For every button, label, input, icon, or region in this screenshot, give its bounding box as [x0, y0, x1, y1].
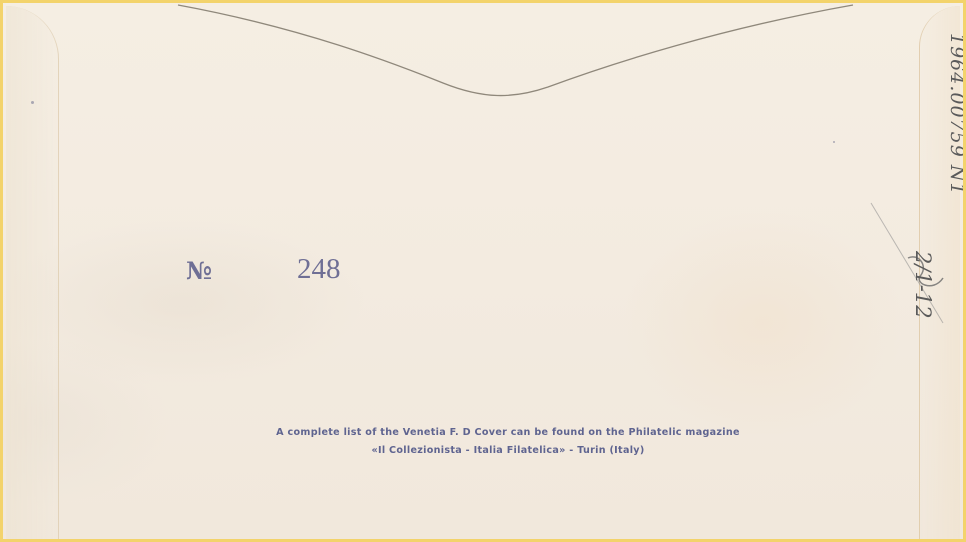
ink-speck — [31, 101, 34, 104]
printed-notice-line-2: «Il Collezionista - Italia Filatelica» -… — [203, 442, 813, 460]
printed-notice: A complete list of the Venetia F. D Cove… — [203, 424, 813, 460]
handwritten-date-note: 1964.00759 N1 — [946, 33, 966, 196]
envelope-back: № 248 A complete list of the Venetia F. … — [0, 0, 966, 542]
top-flap-outline — [3, 3, 966, 542]
handwritten-code-note: 2/1-12 — [911, 251, 935, 319]
ink-speck — [833, 141, 835, 143]
printed-notice-line-1: A complete list of the Venetia F. D Cove… — [203, 424, 813, 442]
serial-number: 248 — [297, 253, 341, 286]
serial-number-label: № — [186, 256, 212, 285]
